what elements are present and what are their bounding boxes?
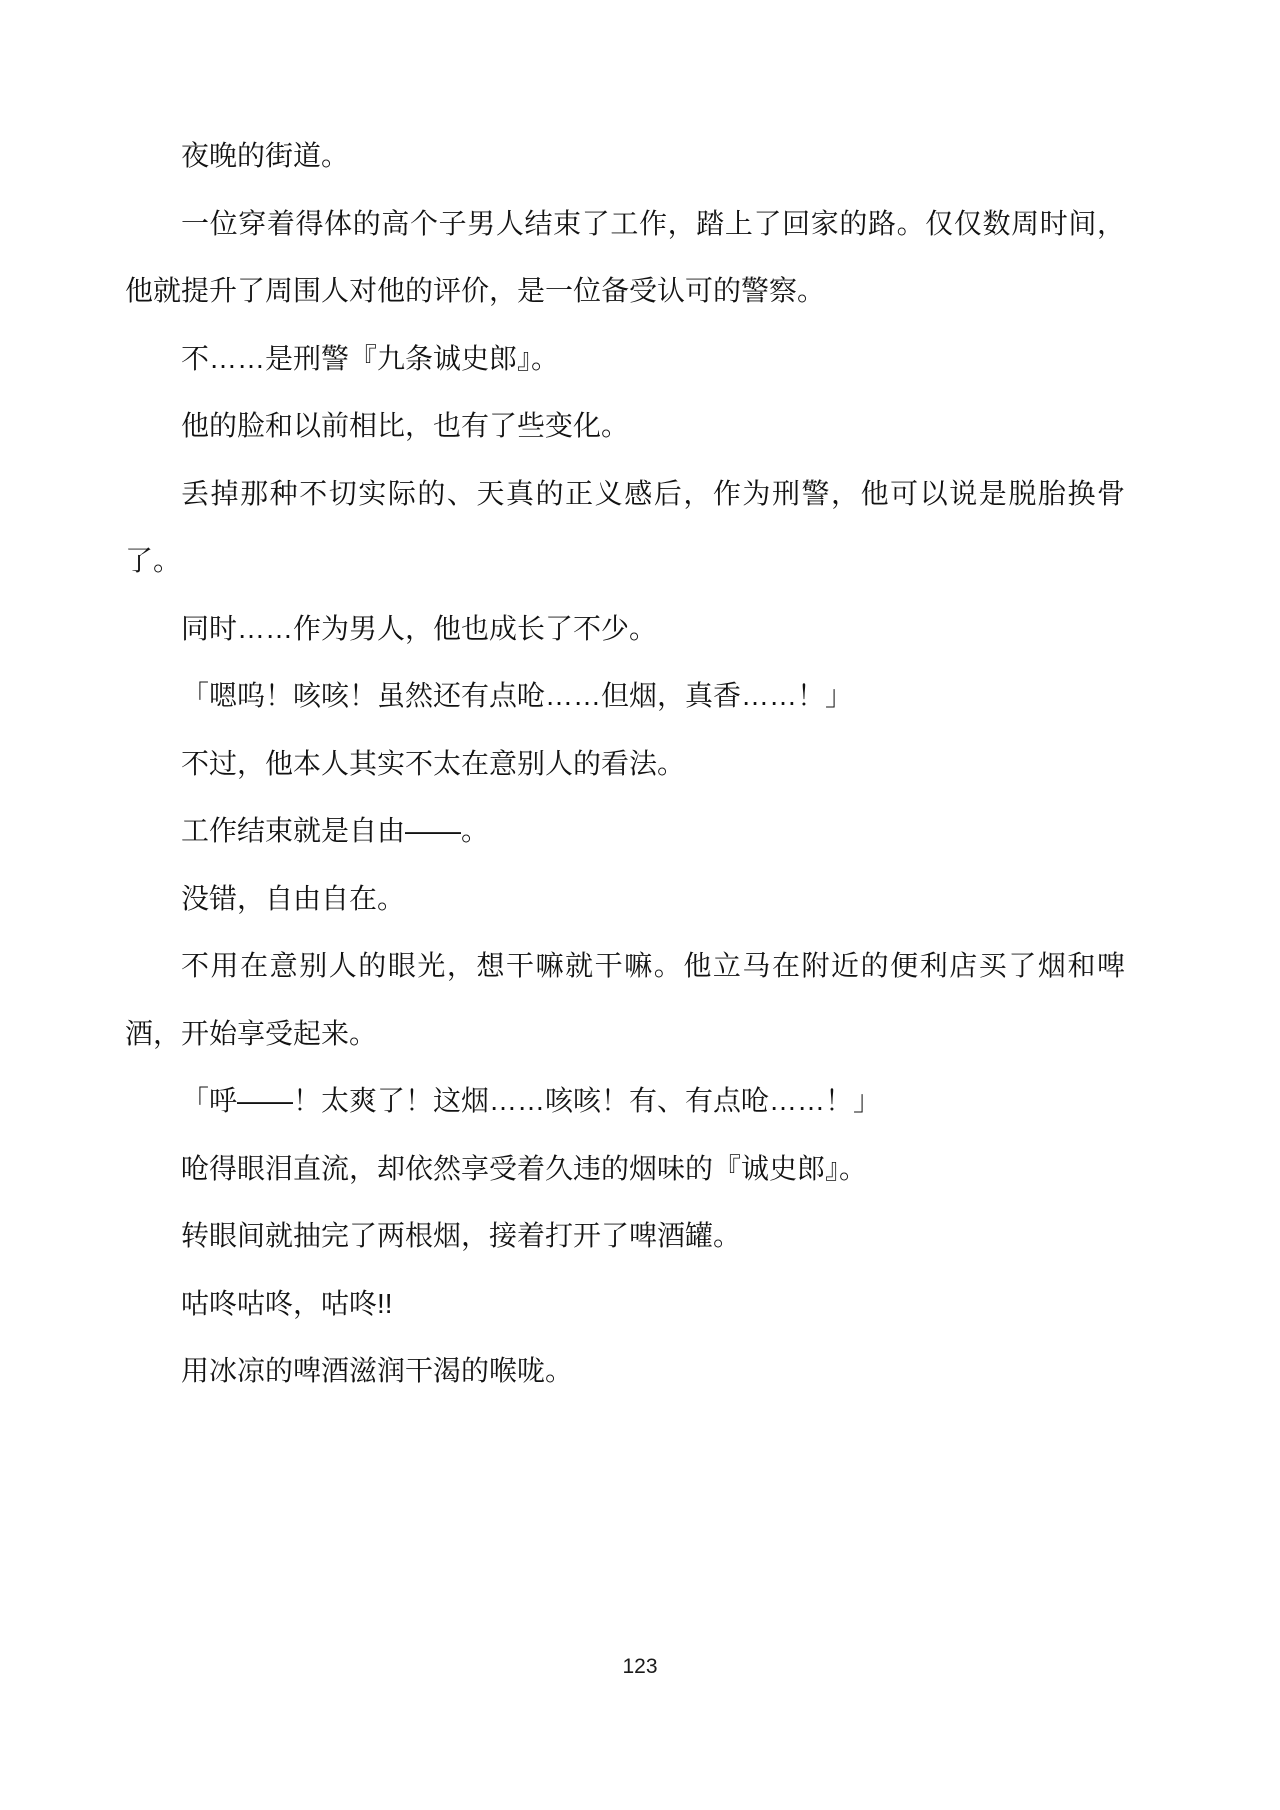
paragraph: 不过，他本人其实不太在意别人的看法。 [125, 730, 1125, 798]
paragraph-dialogue: 「嗯呜！咳咳！虽然还有点呛……但烟，真香……！」 [125, 662, 1125, 730]
paragraph: 夜晚的街道。 [125, 122, 1125, 190]
paragraph: 不用在意别人的眼光，想干嘛就干嘛。他立马在附近的便利店买了烟和啤酒，开始享受起来… [125, 932, 1125, 1067]
paragraph-dialogue: 「呼——！太爽了！这烟……咳咳！有、有点呛……！」 [125, 1067, 1125, 1135]
paragraph: 用冰凉的啤酒滋润干渴的喉咙。 [125, 1337, 1125, 1405]
paragraph: 呛得眼泪直流，却依然享受着久违的烟味的『诚史郎』。 [125, 1135, 1125, 1203]
paragraph: 丢掉那种不切实际的、天真的正义感后，作为刑警，他可以说是脱胎换骨了。 [125, 460, 1125, 595]
paragraph: 不……是刑警『九条诚史郎』。 [125, 325, 1125, 393]
paragraph: 转眼间就抽完了两根烟，接着打开了啤酒罐。 [125, 1202, 1125, 1270]
paragraph: 没错，自由自在。 [125, 865, 1125, 933]
paragraph: 工作结束就是自由——。 [125, 797, 1125, 865]
paragraph: 一位穿着得体的高个子男人结束了工作，踏上了回家的路。仅仅数周时间，他就提升了周围… [125, 190, 1125, 325]
paragraph: 同时……作为男人，他也成长了不少。 [125, 595, 1125, 663]
document-page: 夜晚的街道。 一位穿着得体的高个子男人结束了工作，踏上了回家的路。仅仅数周时间，… [0, 0, 1280, 1810]
page-number: 123 [0, 1652, 1280, 1682]
body-text: 夜晚的街道。 一位穿着得体的高个子男人结束了工作，踏上了回家的路。仅仅数周时间，… [125, 122, 1125, 1405]
paragraph: 他的脸和以前相比，也有了些变化。 [125, 392, 1125, 460]
paragraph: 咕咚咕咚，咕咚!! [125, 1270, 1125, 1338]
